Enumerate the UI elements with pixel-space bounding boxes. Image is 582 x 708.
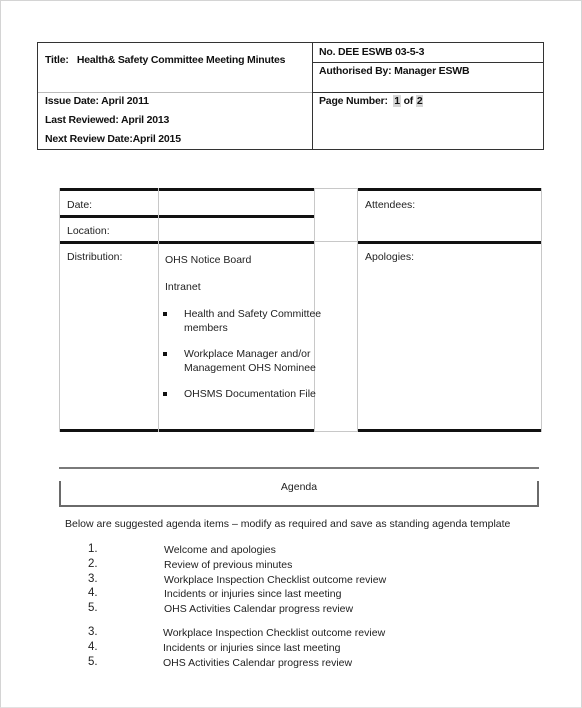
cell-border	[314, 431, 357, 432]
distribution-bullet-item: Health and Safety Committee members	[163, 308, 324, 335]
rule	[357, 188, 542, 191]
divider	[312, 43, 313, 149]
title-value: Health& Safety Committee Meeting Minutes	[77, 54, 285, 66]
page-of: of	[404, 95, 414, 107]
divider	[312, 62, 543, 63]
date-field[interactable]	[163, 199, 308, 213]
agenda-title: Agenda	[61, 481, 537, 493]
cell-border	[59, 188, 60, 432]
issue-date: Issue Date: April 2011	[45, 95, 149, 107]
cell-border	[314, 241, 357, 242]
divider	[312, 92, 543, 93]
rule	[59, 429, 314, 432]
cell-border	[357, 188, 358, 432]
next-review-date: Next Review Date:April 2015	[45, 133, 181, 145]
distribution-bullet-item: OHSMS Documentation File	[163, 388, 324, 402]
document-number: No. DEE ESWB 03-5-3	[319, 46, 424, 58]
cell-border	[158, 188, 159, 432]
rule	[59, 188, 314, 191]
location-label: Location:	[67, 225, 110, 237]
meeting-info-table: Date: Location: Distribution: OHS Notice…	[59, 188, 542, 433]
distribution-label: Distribution:	[67, 251, 122, 263]
page-total: 2	[416, 95, 424, 107]
document-header-table: Title: Health& Safety Committee Meeting …	[37, 42, 544, 150]
page-current: 1	[393, 95, 401, 107]
attendees-label: Attendees:	[365, 199, 415, 211]
rule	[59, 241, 314, 244]
page-number-label: Page Number:	[319, 95, 388, 107]
distribution-item: OHS Notice Board	[165, 254, 251, 266]
rule	[357, 429, 542, 432]
date-label: Date:	[67, 199, 92, 211]
bullet-icon	[163, 392, 167, 396]
last-reviewed: Last Reviewed: April 2013	[45, 114, 169, 126]
bullet-icon	[163, 352, 167, 356]
title-label: Title:	[45, 54, 69, 66]
document-title: Title: Health& Safety Committee Meeting …	[45, 54, 285, 66]
distribution-item: Intranet	[165, 281, 201, 293]
page-number: Page Number: 1 of 2	[319, 95, 423, 107]
cell-border	[314, 188, 357, 189]
agenda-note: Below are suggested agenda items – modif…	[65, 518, 510, 530]
apologies-label: Apologies:	[365, 251, 414, 263]
rule	[59, 215, 314, 218]
agenda-rule	[59, 467, 539, 469]
distribution-bullet-item: Workplace Manager and/or Management OHS …	[163, 348, 324, 375]
authorised-by: Authorised By: Manager ESWB	[319, 65, 469, 77]
bullet-icon	[163, 312, 167, 316]
rule	[357, 241, 542, 244]
agenda-heading-box: Agenda	[59, 481, 539, 507]
divider	[38, 92, 312, 93]
cell-border	[541, 188, 542, 432]
location-field[interactable]	[163, 225, 308, 239]
distribution-bullet-list: Health and Safety Committee members Work…	[163, 308, 324, 415]
